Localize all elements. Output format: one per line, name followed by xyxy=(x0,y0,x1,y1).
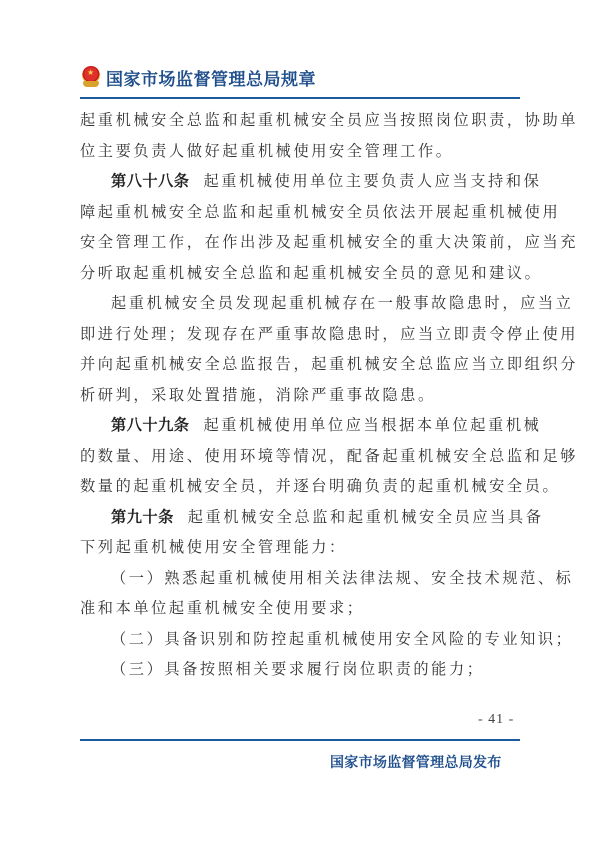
text-line: （三）具备按照相关要求履行岗位职责的能力； xyxy=(80,654,520,685)
document-body: 起重机械安全总监和起重机械安全员应当按照岗位职责，协助单位主要负责人做好起重机械… xyxy=(80,105,520,685)
line-text: 下列起重机械使用安全管理能力： xyxy=(80,538,347,556)
line-text: 起重机械使用单位应当根据本单位起重机械 xyxy=(203,416,541,434)
national-emblem-icon: ★ xyxy=(80,65,102,89)
text-line: 下列起重机械使用安全管理能力： xyxy=(80,532,520,563)
text-line: 第八十八条起重机械使用单位主要负责人应当支持和保 xyxy=(80,166,520,197)
line-text: （一）熟悉起重机械使用相关法律法规、安全技术规范、标 xyxy=(111,569,573,587)
line-text: 起重机械安全总监和起重机械安全员应当具备 xyxy=(188,508,544,526)
text-line: 安全管理工作，在作出涉及起重机械安全的重大决策前，应当充 xyxy=(80,227,520,258)
page-header: ★ 国家市场监督管理总局规章 xyxy=(80,64,316,90)
line-text: 的数量、用途、使用环境等情况，配备起重机械安全总监和足够 xyxy=(80,447,578,465)
footer-publisher: 国家市场监督管理总局发布 xyxy=(330,752,502,772)
header-title: 国家市场监督管理总局规章 xyxy=(106,65,316,90)
line-text: 起重机械安全员发现起重机械存在一般事故隐患时，应当立 xyxy=(111,294,573,312)
text-line: 即进行处理；发现存在严重事故隐患时，应当立即责令停止使用 xyxy=(80,319,520,350)
line-text: 析研判，采取处置措施，消除严重事故隐患。 xyxy=(80,386,436,404)
footer-rule xyxy=(80,739,520,741)
text-line: 分听取起重机械安全总监和起重机械安全员的意见和建议。 xyxy=(80,258,520,289)
line-text: 并向起重机械安全总监报告，起重机械安全总监应当立即组织分 xyxy=(80,355,578,373)
text-line: （二）具备识别和防控起重机械使用安全风险的专业知识； xyxy=(80,624,520,655)
text-line: 的数量、用途、使用环境等情况，配备起重机械安全总监和足够 xyxy=(80,441,520,472)
text-line: 析研判，采取处置措施，消除严重事故隐患。 xyxy=(80,380,520,411)
line-text: 数量的起重机械安全员，并逐台明确负责的起重机械安全员。 xyxy=(80,477,560,495)
article-number: 第八十九条 xyxy=(111,416,189,434)
line-text: 分听取起重机械安全总监和起重机械安全员的意见和建议。 xyxy=(80,264,542,282)
line-text: （三）具备按照相关要求履行岗位职责的能力； xyxy=(111,660,485,678)
text-line: 起重机械安全员发现起重机械存在一般事故隐患时，应当立 xyxy=(80,288,520,319)
text-line: 数量的起重机械安全员，并逐台明确负责的起重机械安全员。 xyxy=(80,471,520,502)
text-line: 第八十九条起重机械使用单位应当根据本单位起重机械 xyxy=(80,410,520,441)
text-line: 起重机械安全总监和起重机械安全员应当按照岗位职责，协助单 xyxy=(80,105,520,136)
text-line: 并向起重机械安全总监报告，起重机械安全总监应当立即组织分 xyxy=(80,349,520,380)
text-line: 第九十条起重机械安全总监和起重机械安全员应当具备 xyxy=(80,502,520,533)
line-text: 障起重机械安全总监和起重机械安全员依法开展起重机械使用 xyxy=(80,203,560,221)
text-line: 位主要负责人做好起重机械使用安全管理工作。 xyxy=(80,136,520,167)
line-text: （二）具备识别和防控起重机械使用安全风险的专业知识； xyxy=(111,630,573,648)
page-number: - 41 - xyxy=(478,712,514,728)
line-text: 起重机械安全总监和起重机械安全员应当按照岗位职责，协助单 xyxy=(80,111,578,129)
line-text: 即进行处理；发现存在严重事故隐患时，应当立即责令停止使用 xyxy=(80,325,578,343)
line-text: 准和本单位起重机械安全使用要求； xyxy=(80,599,365,617)
article-number: 第九十条 xyxy=(111,508,174,526)
text-line: （一）熟悉起重机械使用相关法律法规、安全技术规范、标 xyxy=(80,563,520,594)
text-line: 准和本单位起重机械安全使用要求； xyxy=(80,593,520,624)
text-line: 障起重机械安全总监和起重机械安全员依法开展起重机械使用 xyxy=(80,197,520,228)
article-number: 第八十八条 xyxy=(111,172,189,190)
line-text: 安全管理工作，在作出涉及起重机械安全的重大决策前，应当充 xyxy=(80,233,578,251)
line-text: 起重机械使用单位主要负责人应当支持和保 xyxy=(203,172,541,190)
document-page: ★ 国家市场监督管理总局规章 起重机械安全总监和起重机械安全员应当按照岗位职责，… xyxy=(0,0,595,842)
line-text: 位主要负责人做好起重机械使用安全管理工作。 xyxy=(80,142,454,160)
header-rule xyxy=(80,97,520,99)
